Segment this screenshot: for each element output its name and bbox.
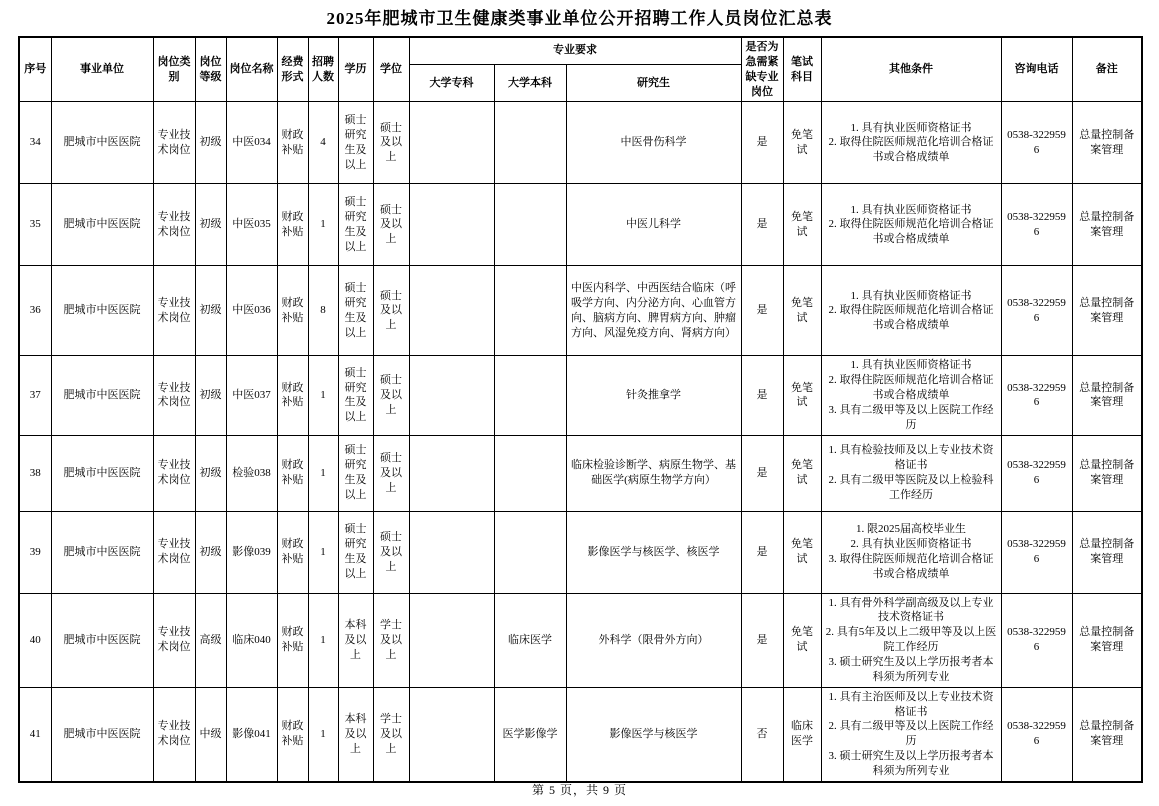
cell-other: 1. 具有检验技师及以上专业技术资格证书 2. 具有二级甲等医院及以上检验科工作… [821, 435, 1001, 511]
cell-degree: 硕士及以上 [373, 102, 409, 184]
cell-funding: 财政补贴 [277, 687, 308, 782]
cell-degree: 硕士及以上 [373, 511, 409, 593]
cell-name: 检验038 [226, 435, 277, 511]
cell-count: 1 [308, 356, 338, 435]
cell-name: 中医035 [226, 184, 277, 266]
cell-exam: 免笔试 [783, 511, 821, 593]
cell-urgent: 是 [741, 356, 783, 435]
cell-count: 1 [308, 687, 338, 782]
cell-degree: 学士及以上 [373, 593, 409, 687]
cell-seq: 35 [19, 184, 51, 266]
cell-org: 肥城市中医医院 [51, 266, 153, 356]
cell-count: 4 [308, 102, 338, 184]
cell-education: 本科及以上 [338, 593, 373, 687]
cell-funding: 财政补贴 [277, 102, 308, 184]
recruitment-table: 序号 事业单位 岗位类别 岗位等级 岗位名称 经费形式 招聘人数 学历 学位 专… [18, 36, 1143, 783]
cell-category: 专业技术岗位 [153, 356, 195, 435]
cell-degree: 硕士及以上 [373, 435, 409, 511]
col-header-education: 学历 [338, 37, 373, 102]
page-title: 2025年肥城市卫生健康类事业单位公开招聘工作人员岗位汇总表 [18, 4, 1141, 29]
cell-funding: 财政补贴 [277, 184, 308, 266]
cell-phone: 0538-3229596 [1001, 435, 1072, 511]
cell-org: 肥城市中医医院 [51, 356, 153, 435]
cell-bachelor [494, 435, 566, 511]
cell-exam: 免笔试 [783, 266, 821, 356]
table-row: 41 肥城市中医医院 专业技术岗位 中级 影像041 财政补贴 1 本科及以上 … [19, 687, 1142, 782]
col-header-degree: 学位 [373, 37, 409, 102]
cell-remark: 总量控制备案管理 [1072, 687, 1142, 782]
cell-phone: 0538-3229596 [1001, 687, 1072, 782]
cell-seq: 41 [19, 687, 51, 782]
cell-exam: 免笔试 [783, 593, 821, 687]
cell-other: 1. 具有执业医师资格证书 2. 取得住院医师规范化培训合格证书或合格成绩单 [821, 184, 1001, 266]
col-header-urgent: 是否为急需紧缺专业岗位 [741, 37, 783, 102]
cell-education: 硕士研究生及以上 [338, 511, 373, 593]
cell-category: 专业技术岗位 [153, 266, 195, 356]
table-body: 34 肥城市中医医院 专业技术岗位 初级 中医034 财政补贴 4 硕士研究生及… [19, 102, 1142, 782]
cell-bachelor [494, 102, 566, 184]
cell-funding: 财政补贴 [277, 266, 308, 356]
cell-remark: 总量控制备案管理 [1072, 593, 1142, 687]
cell-other: 1. 具有执业医师资格证书 2. 取得住院医师规范化培训合格证书或合格成绩单 3… [821, 356, 1001, 435]
cell-count: 8 [308, 266, 338, 356]
cell-seq: 40 [19, 593, 51, 687]
cell-urgent: 是 [741, 266, 783, 356]
cell-bachelor: 医学影像学 [494, 687, 566, 782]
cell-degree: 学士及以上 [373, 687, 409, 782]
cell-graduate: 临床检验诊断学、病原生物学、基础医学(病原生物学方向） [566, 435, 741, 511]
cell-college [409, 184, 494, 266]
table-row: 34 肥城市中医医院 专业技术岗位 初级 中医034 财政补贴 4 硕士研究生及… [19, 102, 1142, 184]
cell-org: 肥城市中医医院 [51, 435, 153, 511]
cell-category: 专业技术岗位 [153, 593, 195, 687]
col-header-graduate: 研究生 [566, 64, 741, 102]
cell-other: 1. 限2025届高校毕业生 2. 具有执业医师资格证书 3. 取得住院医师规范… [821, 511, 1001, 593]
cell-urgent: 是 [741, 102, 783, 184]
cell-education: 硕士研究生及以上 [338, 435, 373, 511]
cell-remark: 总量控制备案管理 [1072, 184, 1142, 266]
cell-urgent: 是 [741, 511, 783, 593]
cell-graduate: 针灸推拿学 [566, 356, 741, 435]
table-row: 38 肥城市中医医院 专业技术岗位 初级 检验038 财政补贴 1 硕士研究生及… [19, 435, 1142, 511]
cell-count: 1 [308, 435, 338, 511]
col-header-seq: 序号 [19, 37, 51, 102]
cell-remark: 总量控制备案管理 [1072, 511, 1142, 593]
cell-graduate: 中医内科学、中西医结合临床（呼吸学方向、内分泌方向、心血管方向、脑病方向、脾胃病… [566, 266, 741, 356]
cell-phone: 0538-3229596 [1001, 184, 1072, 266]
cell-education: 硕士研究生及以上 [338, 184, 373, 266]
col-header-remark: 备注 [1072, 37, 1142, 102]
cell-bachelor [494, 356, 566, 435]
cell-phone: 0538-3229596 [1001, 102, 1072, 184]
cell-name: 中医037 [226, 356, 277, 435]
table-row: 40 肥城市中医医院 专业技术岗位 高级 临床040 财政补贴 1 本科及以上 … [19, 593, 1142, 687]
cell-bachelor [494, 184, 566, 266]
col-header-count: 招聘人数 [308, 37, 338, 102]
col-header-phone: 咨询电话 [1001, 37, 1072, 102]
cell-level: 初级 [195, 184, 226, 266]
cell-other: 1. 具有主治医师及以上专业技术资格证书 2. 具有二级甲等及以上医院工作经历 … [821, 687, 1001, 782]
cell-exam: 免笔试 [783, 356, 821, 435]
cell-graduate: 影像医学与核医学、核医学 [566, 511, 741, 593]
cell-org: 肥城市中医医院 [51, 102, 153, 184]
page-number: 第 5 页，共 9 页 [18, 781, 1141, 798]
cell-urgent: 是 [741, 593, 783, 687]
cell-seq: 36 [19, 266, 51, 356]
cell-funding: 财政补贴 [277, 356, 308, 435]
col-header-category: 岗位类别 [153, 37, 195, 102]
cell-other: 1. 具有执业医师资格证书 2. 取得住院医师规范化培训合格证书或合格成绩单 [821, 266, 1001, 356]
cell-org: 肥城市中医医院 [51, 184, 153, 266]
cell-college [409, 266, 494, 356]
cell-degree: 硕士及以上 [373, 184, 409, 266]
cell-level: 初级 [195, 435, 226, 511]
table-row: 37 肥城市中医医院 专业技术岗位 初级 中医037 财政补贴 1 硕士研究生及… [19, 356, 1142, 435]
cell-phone: 0538-3229596 [1001, 266, 1072, 356]
table-header: 序号 事业单位 岗位类别 岗位等级 岗位名称 经费形式 招聘人数 学历 学位 专… [19, 37, 1142, 102]
cell-remark: 总量控制备案管理 [1072, 356, 1142, 435]
cell-seq: 39 [19, 511, 51, 593]
cell-level: 初级 [195, 266, 226, 356]
cell-category: 专业技术岗位 [153, 184, 195, 266]
cell-org: 肥城市中医医院 [51, 511, 153, 593]
cell-name: 中医036 [226, 266, 277, 356]
col-header-other: 其他条件 [821, 37, 1001, 102]
cell-bachelor [494, 266, 566, 356]
cell-education: 硕士研究生及以上 [338, 356, 373, 435]
cell-org: 肥城市中医医院 [51, 687, 153, 782]
cell-urgent: 是 [741, 184, 783, 266]
document-page: 2025年肥城市卫生健康类事业单位公开招聘工作人员岗位汇总表 序号 事业单位 岗… [0, 0, 1159, 806]
cell-count: 1 [308, 511, 338, 593]
cell-phone: 0538-3229596 [1001, 356, 1072, 435]
cell-college [409, 356, 494, 435]
cell-name: 临床040 [226, 593, 277, 687]
cell-remark: 总量控制备案管理 [1072, 102, 1142, 184]
cell-funding: 财政补贴 [277, 593, 308, 687]
cell-college [409, 435, 494, 511]
cell-college [409, 593, 494, 687]
cell-funding: 财政补贴 [277, 511, 308, 593]
col-header-org: 事业单位 [51, 37, 153, 102]
col-header-level: 岗位等级 [195, 37, 226, 102]
cell-remark: 总量控制备案管理 [1072, 266, 1142, 356]
cell-name: 影像039 [226, 511, 277, 593]
cell-seq: 37 [19, 356, 51, 435]
cell-category: 专业技术岗位 [153, 511, 195, 593]
cell-bachelor: 临床医学 [494, 593, 566, 687]
cell-degree: 硕士及以上 [373, 356, 409, 435]
cell-level: 初级 [195, 356, 226, 435]
cell-exam: 免笔试 [783, 102, 821, 184]
cell-level: 初级 [195, 511, 226, 593]
cell-phone: 0538-3229596 [1001, 511, 1072, 593]
col-header-funding: 经费形式 [277, 37, 308, 102]
cell-bachelor [494, 511, 566, 593]
cell-category: 专业技术岗位 [153, 435, 195, 511]
cell-remark: 总量控制备案管理 [1072, 435, 1142, 511]
cell-exam: 免笔试 [783, 435, 821, 511]
cell-phone: 0538-3229596 [1001, 593, 1072, 687]
cell-other: 1. 具有执业医师资格证书 2. 取得住院医师规范化培训合格证书或合格成绩单 [821, 102, 1001, 184]
cell-urgent: 否 [741, 687, 783, 782]
cell-org: 肥城市中医医院 [51, 593, 153, 687]
cell-category: 专业技术岗位 [153, 687, 195, 782]
cell-urgent: 是 [741, 435, 783, 511]
col-header-bachelor: 大学本科 [494, 64, 566, 102]
table-row: 35 肥城市中医医院 专业技术岗位 初级 中医035 财政补贴 1 硕士研究生及… [19, 184, 1142, 266]
cell-other: 1. 具有骨外科学副高级及以上专业技术资格证书 2. 具有5年及以上二级甲等及以… [821, 593, 1001, 687]
cell-college [409, 102, 494, 184]
cell-count: 1 [308, 184, 338, 266]
cell-degree: 硕士及以上 [373, 266, 409, 356]
cell-name: 中医034 [226, 102, 277, 184]
cell-level: 中级 [195, 687, 226, 782]
table-row: 39 肥城市中医医院 专业技术岗位 初级 影像039 财政补贴 1 硕士研究生及… [19, 511, 1142, 593]
cell-graduate: 中医骨伤科学 [566, 102, 741, 184]
cell-education: 硕士研究生及以上 [338, 266, 373, 356]
cell-graduate: 影像医学与核医学 [566, 687, 741, 782]
cell-funding: 财政补贴 [277, 435, 308, 511]
cell-name: 影像041 [226, 687, 277, 782]
cell-graduate: 中医儿科学 [566, 184, 741, 266]
col-header-major-req: 专业要求 [409, 37, 741, 64]
cell-college [409, 687, 494, 782]
cell-level: 高级 [195, 593, 226, 687]
cell-graduate: 外科学（限骨外方向） [566, 593, 741, 687]
col-header-exam: 笔试科目 [783, 37, 821, 102]
cell-category: 专业技术岗位 [153, 102, 195, 184]
cell-education: 本科及以上 [338, 687, 373, 782]
col-header-college: 大学专科 [409, 64, 494, 102]
cell-level: 初级 [195, 102, 226, 184]
cell-college [409, 511, 494, 593]
table-row: 36 肥城市中医医院 专业技术岗位 初级 中医036 财政补贴 8 硕士研究生及… [19, 266, 1142, 356]
cell-seq: 38 [19, 435, 51, 511]
cell-exam: 临床医学 [783, 687, 821, 782]
cell-exam: 免笔试 [783, 184, 821, 266]
col-header-name: 岗位名称 [226, 37, 277, 102]
cell-count: 1 [308, 593, 338, 687]
cell-seq: 34 [19, 102, 51, 184]
cell-education: 硕士研究生及以上 [338, 102, 373, 184]
